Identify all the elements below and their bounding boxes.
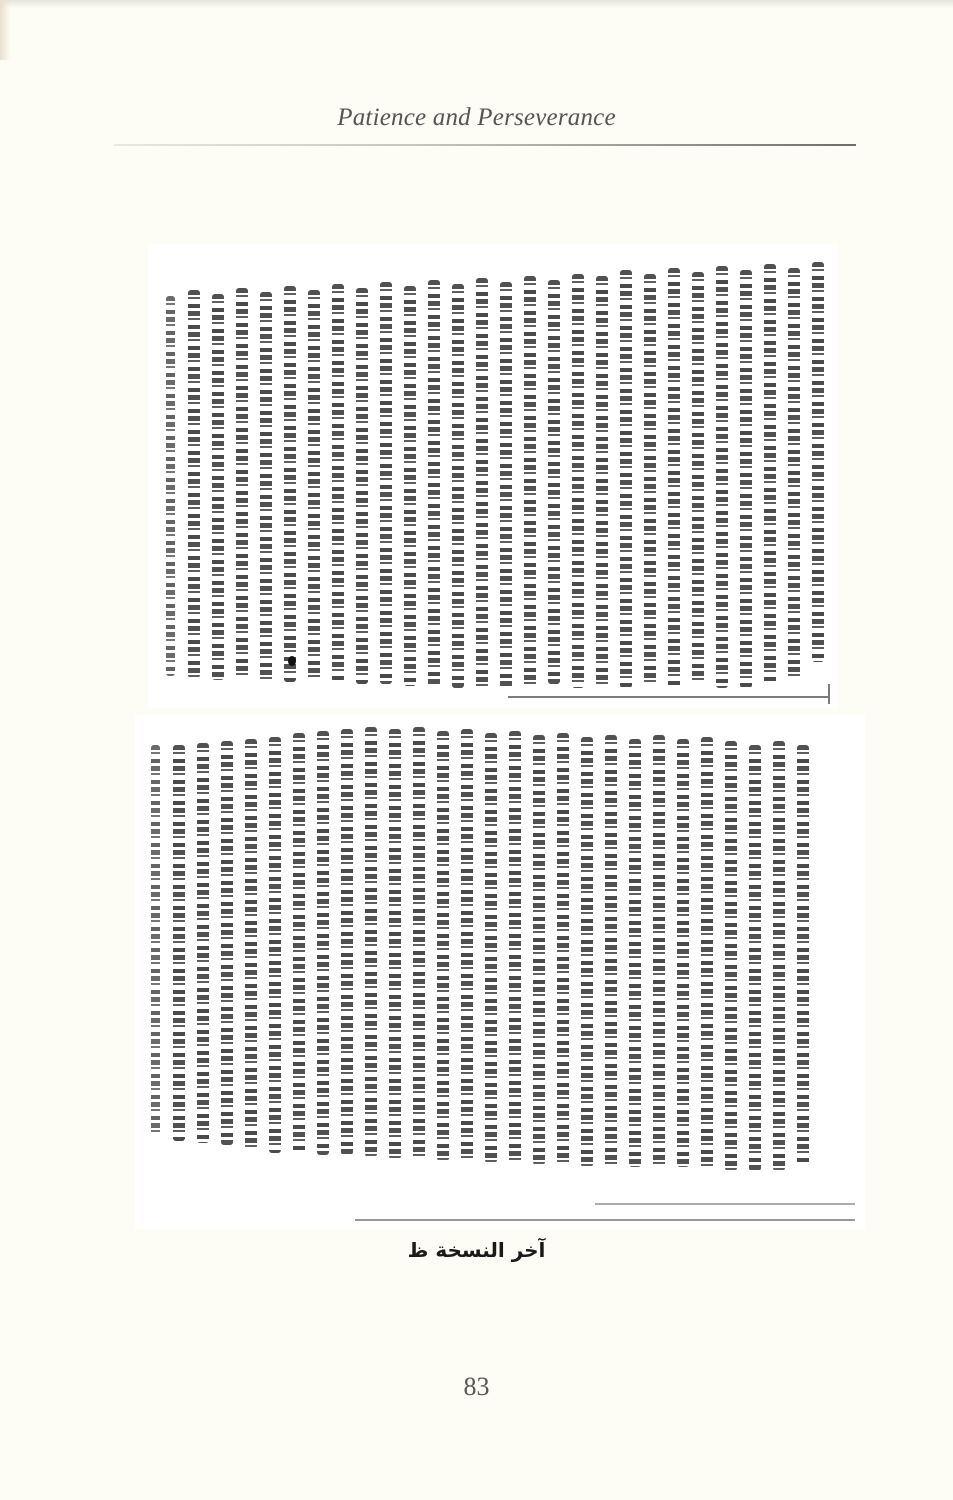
manuscript-text-line xyxy=(188,290,200,678)
folio-bottom-edge-line xyxy=(355,1219,855,1221)
manuscript-text-line xyxy=(151,745,160,1135)
manuscript-text-line xyxy=(629,739,641,1167)
manuscript-text-line xyxy=(437,731,449,1161)
manuscript-text-line xyxy=(797,745,809,1165)
page-top-edge xyxy=(0,0,953,8)
folio-corner-mark xyxy=(828,684,830,704)
figure-caption: آخر النسخة ظ xyxy=(0,1238,953,1262)
manuscript-text-line xyxy=(716,266,728,688)
manuscript-text-line xyxy=(524,276,536,688)
manuscript-text-line xyxy=(572,274,584,688)
manuscript-text-line xyxy=(212,294,224,680)
manuscript-text-line xyxy=(548,280,560,684)
manuscript-text-line xyxy=(533,735,545,1165)
manuscript-text-line xyxy=(308,290,320,682)
manuscript-text-line xyxy=(668,268,680,688)
manuscript-text-line xyxy=(596,276,608,686)
page-number: 83 xyxy=(0,1372,953,1402)
manuscript-text-line xyxy=(692,272,704,684)
manuscript-text-line xyxy=(365,727,377,1157)
manuscript-text-line xyxy=(317,731,329,1155)
manuscript-text-line xyxy=(293,733,305,1153)
manuscript-text-line xyxy=(332,284,344,682)
manuscript-text-line xyxy=(341,729,353,1155)
manuscript-text-line xyxy=(557,733,569,1167)
manuscript-text-line xyxy=(413,727,425,1159)
manuscript-text-line xyxy=(677,739,689,1167)
manuscript-text-line xyxy=(476,278,488,688)
manuscript-text-line xyxy=(740,270,752,688)
manuscript-text-line xyxy=(485,733,497,1163)
manuscript-text-line xyxy=(269,737,281,1153)
manuscript-text-line xyxy=(500,282,512,688)
manuscript-text-line xyxy=(812,262,824,662)
manuscript-text-line xyxy=(404,286,416,686)
folio-edge-line xyxy=(595,1203,855,1205)
manuscript-text-line xyxy=(581,737,593,1167)
manuscript-text-line xyxy=(221,741,233,1145)
manuscript-folio-top xyxy=(148,244,838,708)
manuscript-text-line xyxy=(509,731,521,1165)
manuscript-text-line xyxy=(773,741,785,1171)
manuscript-text-line xyxy=(644,274,656,684)
manuscript-folio-bottom xyxy=(135,715,865,1230)
manuscript-text-line xyxy=(461,729,473,1161)
manuscript-text-line xyxy=(620,270,632,688)
manuscript-text-line xyxy=(764,264,776,684)
ink-spot xyxy=(288,656,296,666)
manuscript-text-line xyxy=(380,282,392,684)
manuscript-text-line xyxy=(166,296,175,676)
manuscript-text-line xyxy=(788,268,800,678)
manuscript-text-line xyxy=(197,743,209,1143)
manuscript-text-line xyxy=(452,284,464,688)
manuscript-text-line xyxy=(284,286,296,682)
manuscript-text-line xyxy=(701,737,713,1171)
running-head: Patience and Perseverance xyxy=(0,104,953,132)
manuscript-text-line xyxy=(236,288,248,680)
manuscript-text-line xyxy=(428,280,440,686)
manuscript-text-line xyxy=(725,741,737,1171)
manuscript-text-line xyxy=(605,735,617,1167)
manuscript-text-line xyxy=(389,729,401,1159)
manuscript-text-line xyxy=(245,739,257,1149)
manuscript-text-line xyxy=(260,292,272,682)
folio-edge-line xyxy=(508,696,828,698)
manuscript-text-line xyxy=(653,735,665,1167)
manuscript-text-line xyxy=(173,745,185,1141)
manuscript-text-line xyxy=(749,745,761,1171)
page-left-edge xyxy=(0,0,10,60)
manuscript-text-line xyxy=(356,288,368,684)
header-rule xyxy=(114,144,856,146)
